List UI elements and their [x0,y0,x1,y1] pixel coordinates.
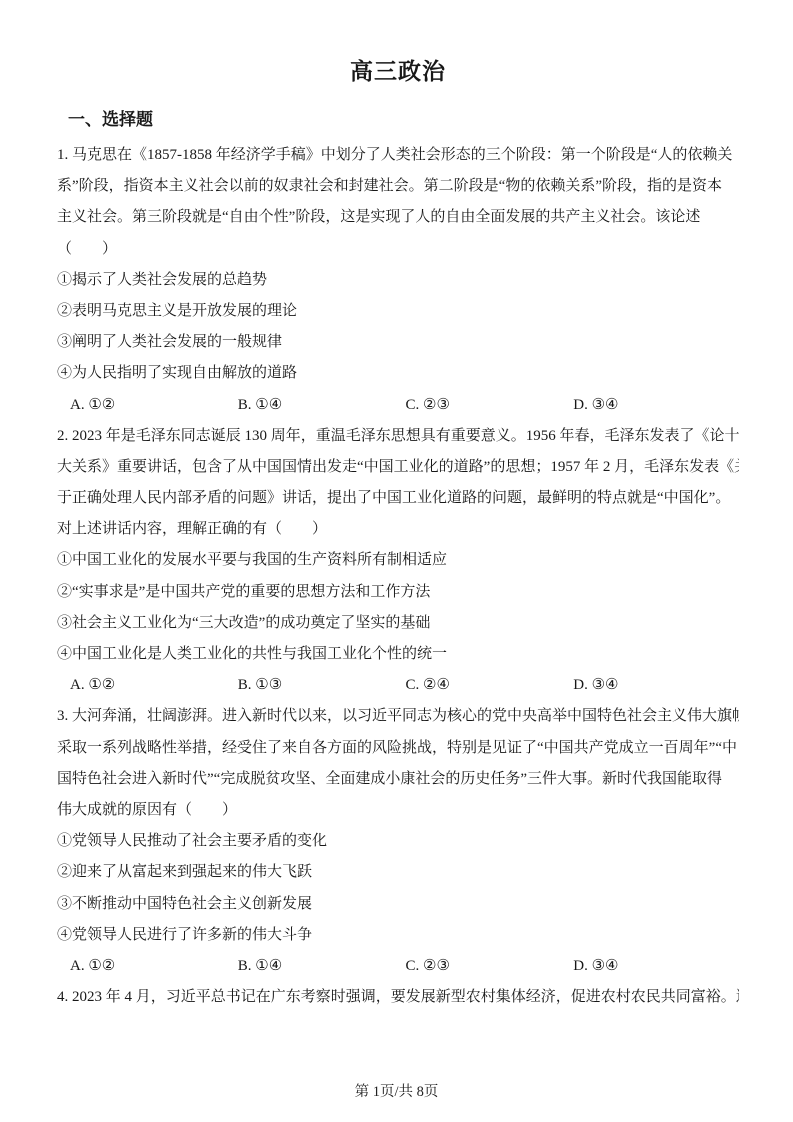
statement-line: ③阐明了人类社会发展的一般规律 [57,327,739,358]
question-line: 大关系》重要讲话，包含了从中国国情出发走“中国工业化的道路”的思想；1957 年… [57,452,739,483]
statement-line: ④中国工业化是人类工业化的共性与我国工业化个性的统一 [57,639,739,670]
option-c: C. ②③ [406,390,570,421]
option-c: C. ②④ [406,670,570,701]
option-a: A. ①② [70,390,234,421]
document-page: 高三政治 一、选择题 1. 马克思在《1857-1858 年经济学手稿》中划分了… [0,0,793,1122]
question-4: 4. 2023 年 4 月，习近平总书记在广东考察时强调，要发展新型农村集体经济… [57,982,739,1013]
option-a: A. ①② [70,951,234,982]
option-c: C. ②③ [406,951,570,982]
options-row: A. ①② B. ①④ C. ②③ D. ③④ [57,390,739,421]
statement-line: ②表明马克思主义是开放发展的理论 [57,296,739,327]
option-b: B. ①④ [238,390,402,421]
option-b: B. ①④ [238,951,402,982]
question-line: 伟大成就的原因有（ ） [57,795,739,826]
question-line: 4. 2023 年 4 月，习近平总书记在广东考察时强调，要发展新型农村集体经济… [57,982,739,1013]
statement-line: ④为人民指明了实现自由解放的道路 [57,358,739,389]
option-d: D. ③④ [573,951,618,982]
question-1: 1. 马克思在《1857-1858 年经济学手稿》中划分了人类社会形态的三个阶段… [57,140,739,421]
option-d: D. ③④ [573,390,618,421]
question-line: 于正确处理人民内部矛盾的问题》讲话，提出了中国工业化道路的问题，最鲜明的特点就是… [57,483,739,514]
option-d: D. ③④ [573,670,618,701]
answer-blank-parentheses: （ ） [57,234,739,265]
statement-line: ①揭示了人类社会发展的总趋势 [57,265,739,296]
question-line: 对上述讲话内容，理解正确的有（ ） [57,514,739,545]
options-row: A. ①② B. ①④ C. ②③ D. ③④ [57,951,739,982]
section-header: 一、选择题 [57,104,739,135]
page-content: 高三政治 一、选择题 1. 马克思在《1857-1858 年经济学手稿》中划分了… [57,0,739,1013]
page-title: 高三政治 [57,57,739,87]
options-row: A. ①② B. ①③ C. ②④ D. ③④ [57,670,739,701]
question-line: 主义社会。第三阶段就是“自由个性”阶段，这是实现了人的自由全面发展的共产主义社会… [57,202,739,233]
statement-line: ④党领导人民进行了许多新的伟大斗争 [57,920,739,951]
statement-line: ③社会主义工业化为“三大改造”的成功奠定了坚实的基础 [57,608,739,639]
question-line: 采取一系列战略性举措，经受住了来自各方面的风险挑战，特别是见证了“中国共产党成立… [57,733,739,764]
question-line: 国特色社会进入新时代”“完成脱贫攻坚、全面建成小康社会的历史任务”三件大事。新时… [57,764,739,795]
question-3: 3. 大河奔涌，壮阔澎湃。进入新时代以来，以习近平同志为核心的党中央高举中国特色… [57,701,739,982]
statement-line: ①中国工业化的发展水平要与我国的生产资料所有制相适应 [57,545,739,576]
question-line: 2. 2023 年是毛泽东同志诞辰 130 周年，重温毛泽东思想具有重要意义。1… [57,421,739,452]
statement-line: ②迎来了从富起来到强起来的伟大飞跃 [57,857,739,888]
statement-line: ②“实事求是”是中国共产党的重要的思想方法和工作方法 [57,577,739,608]
option-a: A. ①② [70,670,234,701]
page-footer: 第 1页/共 8页 [0,1080,793,1101]
question-line: 1. 马克思在《1857-1858 年经济学手稿》中划分了人类社会形态的三个阶段… [57,140,739,171]
question-2: 2. 2023 年是毛泽东同志诞辰 130 周年，重温毛泽东思想具有重要意义。1… [57,421,739,702]
question-line: 系”阶段，指资本主义社会以前的奴隶社会和封建社会。第二阶段是“物的依赖关系”阶段… [57,171,739,202]
statement-line: ③不断推动中国特色社会主义创新发展 [57,889,739,920]
option-b: B. ①③ [238,670,402,701]
question-line: 3. 大河奔涌，壮阔澎湃。进入新时代以来，以习近平同志为核心的党中央高举中国特色… [57,701,739,732]
statement-line: ①党领导人民推动了社会主要矛盾的变化 [57,826,739,857]
